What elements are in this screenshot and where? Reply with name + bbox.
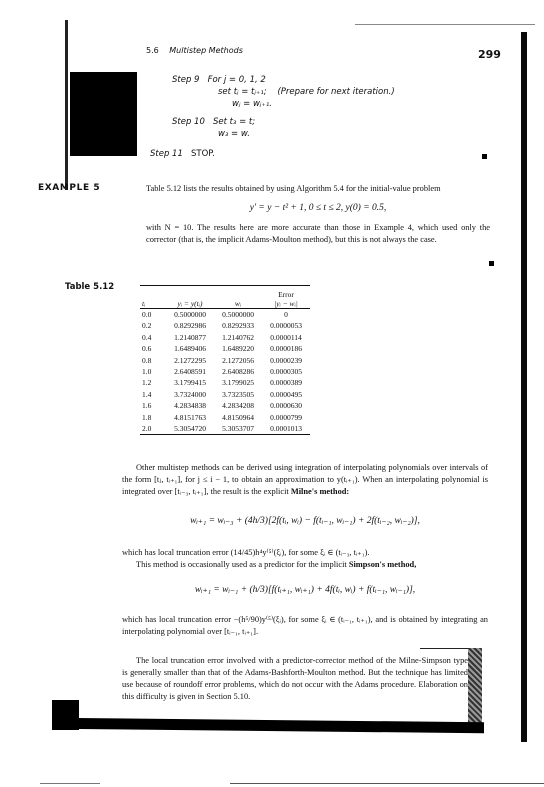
- end-of-example-mark: [489, 261, 494, 266]
- algorithm-step-9: Step 9 For j = 0, 1, 2: [172, 74, 266, 86]
- cell-w: 2.1272056: [214, 355, 262, 366]
- step-label: Step 9: [172, 75, 199, 85]
- paragraph-simpson-intro: This method is occasionally used as a pr…: [122, 559, 488, 571]
- term-milne: Milne's method:: [291, 487, 349, 496]
- example-text: with N = 10. The results here are more a…: [146, 222, 490, 246]
- table-row: 0.61.64894061.64892200.0000186: [140, 343, 310, 354]
- scan-artifact-line: [355, 24, 535, 25]
- cell-error: 0.0000799: [262, 412, 310, 423]
- scan-edge-left: [65, 20, 68, 190]
- scan-shadow-block: [70, 72, 137, 156]
- cell-y: 4.2834838: [166, 400, 214, 411]
- scan-speckle: [468, 648, 482, 728]
- column-header-w: wᵢ: [214, 299, 262, 309]
- term-simpson: Simpson's method,: [349, 560, 416, 569]
- cell-t: 0.2: [140, 320, 166, 331]
- section-title: Multistep Methods: [169, 46, 243, 55]
- cell-error: 0: [262, 309, 310, 321]
- column-header-abs-error: |yᵢ − wᵢ|: [262, 299, 310, 309]
- column-header-t: tᵢ: [140, 299, 166, 309]
- cell-error: 0.0000495: [262, 389, 310, 400]
- section-number: 5.6: [146, 46, 159, 55]
- cell-t: 2.0: [140, 423, 166, 435]
- running-header: 5.6 Multistep Methods: [146, 46, 243, 55]
- scan-artifact-line: [40, 783, 100, 784]
- table-row: 0.41.21408771.21407620.0000114: [140, 332, 310, 343]
- cell-t: 1.8: [140, 412, 166, 423]
- end-of-algorithm-mark: [482, 154, 487, 159]
- scan-artifact-line: [230, 783, 544, 784]
- cell-t: 1.4: [140, 389, 166, 400]
- cell-y: 0.5000000: [166, 309, 214, 321]
- table-row: 1.64.28348384.28342080.0000630: [140, 400, 310, 411]
- table-row: 1.43.73240003.73235050.0000495: [140, 389, 310, 400]
- cell-y: 2.6408591: [166, 366, 214, 377]
- simpson-equation: wᵢ₊₁ = wᵢ₋₁ + (h/3)[f(tᵢ₊₁, wᵢ₊₁) + 4f(t…: [122, 584, 488, 595]
- cell-y: 3.7324000: [166, 389, 214, 400]
- cell-y: 0.8292986: [166, 320, 214, 331]
- paragraph-simpson-error: which has local truncation error −(h⁵/90…: [122, 614, 488, 638]
- cell-w: 1.2140762: [214, 332, 262, 343]
- cell-w: 4.8150964: [214, 412, 262, 423]
- algorithm-step-11: Step 11 STOP.: [150, 148, 215, 160]
- cell-w: 1.6489220: [214, 343, 262, 354]
- table-row: 0.20.82929860.82929330.0000053: [140, 320, 310, 331]
- algorithm-step-10: Step 10 Set t₃ = t;: [172, 116, 255, 128]
- cell-t: 0.4: [140, 332, 166, 343]
- scan-edge-right: [521, 32, 527, 742]
- example-equation: y′ = y − t² + 1, 0 ≤ t ≤ 2, y(0) = 0.5,: [146, 203, 490, 213]
- paragraph-milne-error: which has local truncation error (14/45)…: [122, 547, 488, 559]
- table-label: Table 5.12: [65, 282, 114, 292]
- cell-y: 3.1799415: [166, 377, 214, 388]
- paragraph-milne-simpson: The local truncation error involved with…: [122, 655, 468, 703]
- cell-error: 0.0000053: [262, 320, 310, 331]
- table-row: 0.82.12722952.12720560.0000239: [140, 355, 310, 366]
- cell-t: 1.2: [140, 377, 166, 388]
- table-row: 1.84.81517634.81509640.0000799: [140, 412, 310, 423]
- page-number: 299: [478, 48, 501, 61]
- column-header-y: yᵢ = y(tᵢ): [166, 299, 214, 309]
- paragraph-multistep: Other multistep methods can be derived u…: [122, 462, 488, 498]
- cell-t: 0.8: [140, 355, 166, 366]
- cell-w: 5.3053707: [214, 423, 262, 435]
- cell-t: 0.6: [140, 343, 166, 354]
- step-label: Step 10: [172, 117, 205, 127]
- cell-y: 1.6489406: [166, 343, 214, 354]
- table-row: 2.05.30547205.30537070.0001013: [140, 423, 310, 435]
- algorithm-comment: (Prepare for next iteration.): [277, 87, 394, 97]
- algorithm-step-9-line3: wⱼ = wⱼ₊₁.: [232, 98, 272, 110]
- cell-w: 4.2834208: [214, 400, 262, 411]
- step-label: Step 11: [150, 149, 183, 159]
- algorithm-step-10-line2: w₃ = w.: [218, 128, 250, 140]
- cell-y: 4.8151763: [166, 412, 214, 423]
- milne-equation: wᵢ₊₁ = wᵢ₋₃ + (4h/3)[2f(tᵢ, wᵢ) − f(tᵢ₋₁…: [122, 515, 488, 526]
- cell-w: 0.5000000: [214, 309, 262, 321]
- cell-t: 1.6: [140, 400, 166, 411]
- cell-error: 0.0000239: [262, 355, 310, 366]
- table-row: 1.23.17994153.17990250.0000389: [140, 377, 310, 388]
- example-label: EXAMPLE 5: [38, 183, 100, 193]
- cell-y: 1.2140877: [166, 332, 214, 343]
- divider: [420, 648, 468, 649]
- cell-error: 0.0000305: [262, 366, 310, 377]
- cell-error: 0.0000114: [262, 332, 310, 343]
- algorithm-step-9-line2: set tⱼ = tⱼ₊₁; (Prepare for next iterati…: [218, 86, 395, 98]
- scan-edge-bottom: [52, 718, 484, 734]
- cell-w: 0.8292933: [214, 320, 262, 331]
- cell-w: 2.6408286: [214, 366, 262, 377]
- cell-w: 3.1799025: [214, 377, 262, 388]
- cell-y: 2.1272295: [166, 355, 214, 366]
- cell-error: 0.0001013: [262, 423, 310, 435]
- example-intro: Table 5.12 lists the results obtained by…: [146, 183, 490, 195]
- cell-error: 0.0000389: [262, 377, 310, 388]
- table-row: 0.00.50000000.50000000: [140, 309, 310, 321]
- cell-error: 0.0000630: [262, 400, 310, 411]
- column-header-error: Error: [262, 286, 310, 300]
- results-table: Error tᵢ yᵢ = y(tᵢ) wᵢ |yᵢ − wᵢ| 0.00.50…: [140, 285, 310, 435]
- cell-y: 5.3054720: [166, 423, 214, 435]
- cell-w: 3.7323505: [214, 389, 262, 400]
- cell-t: 0.0: [140, 309, 166, 321]
- cell-error: 0.0000186: [262, 343, 310, 354]
- cell-t: 1.0: [140, 366, 166, 377]
- table-row: 1.02.64085912.64082860.0000305: [140, 366, 310, 377]
